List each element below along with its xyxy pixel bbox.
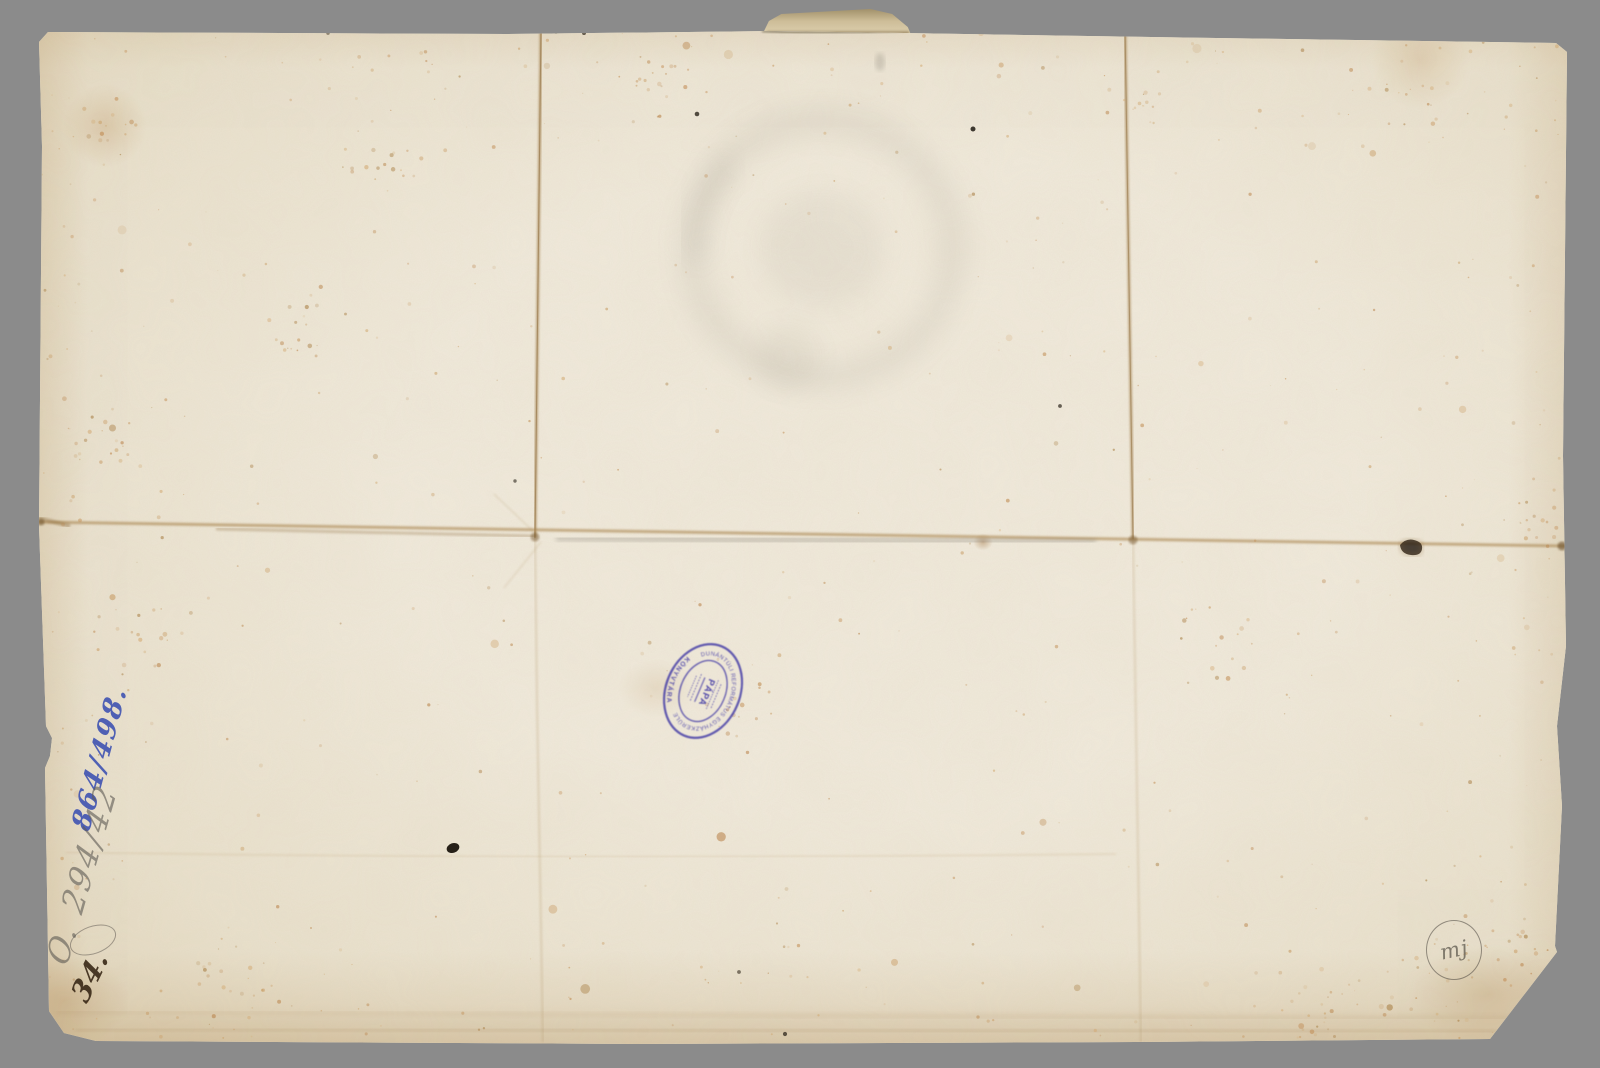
document-paper: A DUNÁNTÚLI REFORMÁTUS EGYHÁZKERÜLET KÖN… — [36, 26, 1568, 1046]
paper-grain — [36, 26, 1568, 1046]
photo-background: A DUNÁNTÚLI REFORMÁTUS EGYHÁZKERÜLET KÖN… — [0, 0, 1600, 1068]
circled-monogram: mj — [1426, 920, 1482, 980]
paper-texture-layer — [36, 26, 1568, 1046]
monogram-text: mj — [1438, 935, 1471, 964]
